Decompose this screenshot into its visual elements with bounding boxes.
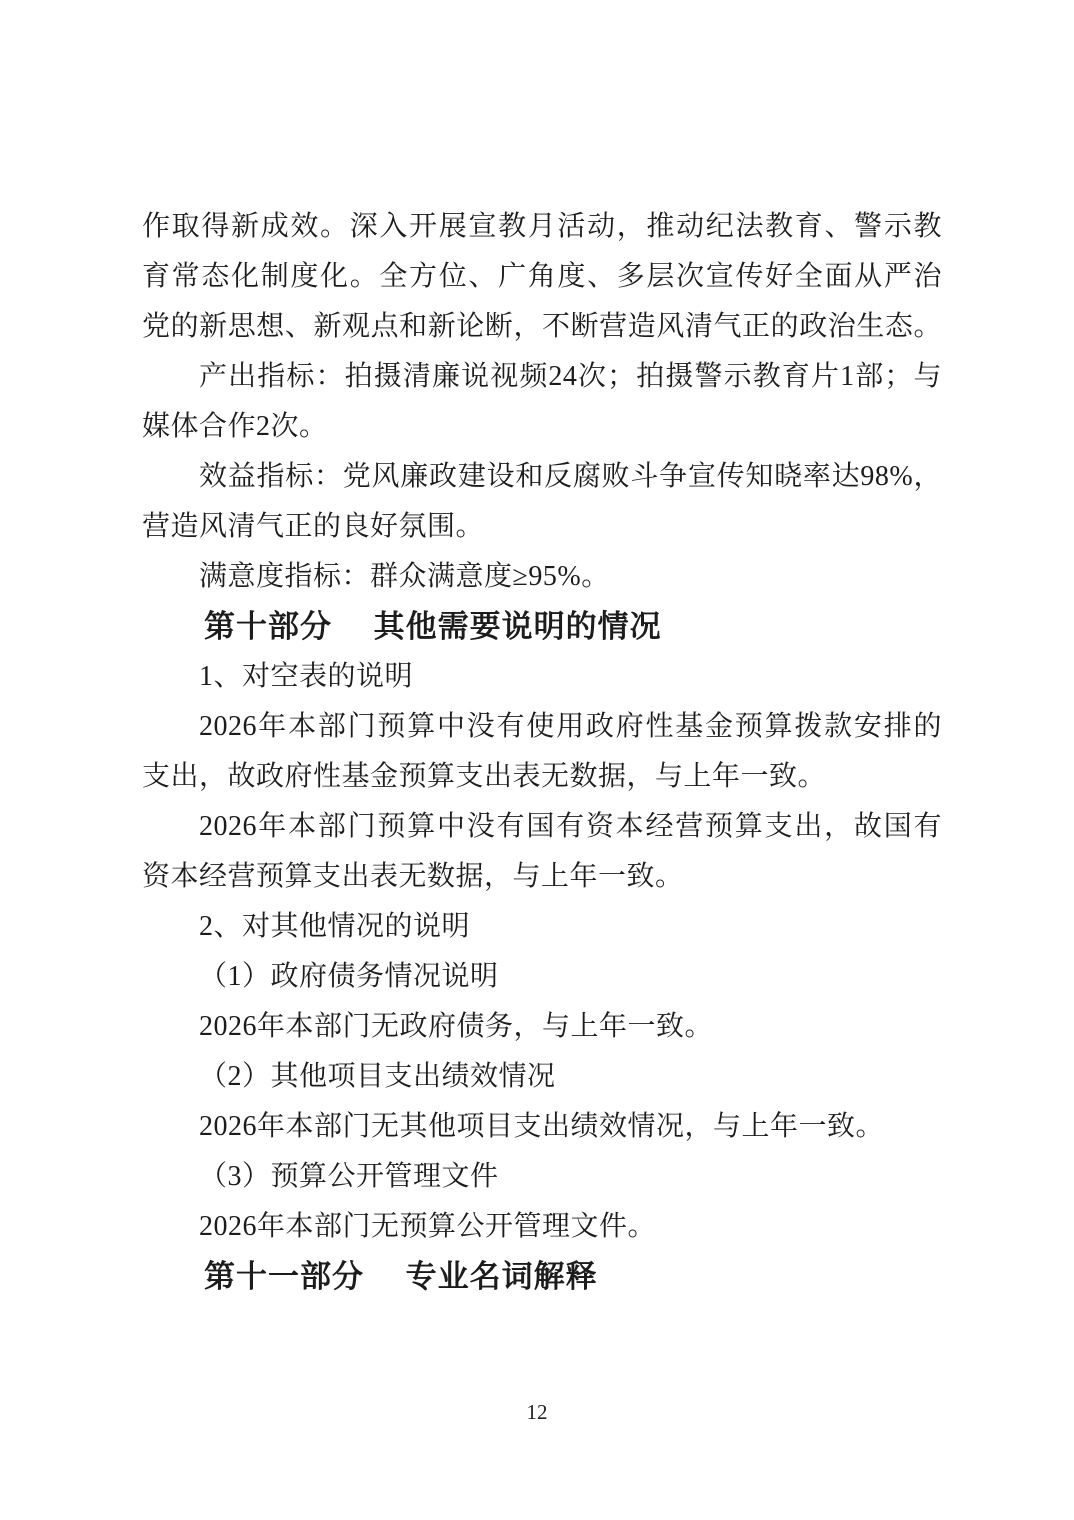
text-line: 2026年本部门预算中没有国有资本经营预算支出，故国有 [142,802,942,852]
document-page: 作取得新成效。深入开展宣教月活动，推动纪法教育、警示教 育常态化制度化。全方位、… [0,0,1074,1520]
page-number: 12 [0,1400,1074,1425]
section-heading-part-ten: 第十部分 其他需要说明的情况 [142,602,942,652]
document-body: 作取得新成效。深入开展宣教月活动，推动纪法教育、警示教 育常态化制度化。全方位、… [142,202,942,1302]
text-line: 支出，故政府性基金预算支出表无数据，与上年一致。 [142,752,942,802]
text-line: 2026年本部门预算中没有使用政府性基金预算拨款安排的 [142,702,942,752]
text-line-item-1: 1、对空表的说明 [142,652,942,702]
text-line: 作取得新成效。深入开展宣教月活动，推动纪法教育、警示教 [142,202,942,252]
text-line-benefit-indicator: 效益指标：党风廉政建设和反腐败斗争宣传知晓率达98%， [142,452,942,502]
text-line-subitem-3: （3）预算公开管理文件 [142,1152,942,1202]
text-line: 2026年本部门无政府债务，与上年一致。 [142,1002,942,1052]
text-line-output-indicator: 产出指标：拍摄清廉说视频24次；拍摄警示教育片1部；与 [142,352,942,402]
text-line-satisfaction: 满意度指标：群众满意度≥95%。 [142,552,942,602]
text-line: 2026年本部门无预算公开管理文件。 [142,1202,942,1252]
text-line: 媒体合作2次。 [142,402,942,452]
text-line: 资本经营预算支出表无数据，与上年一致。 [142,852,942,902]
text-line-item-2: 2、对其他情况的说明 [142,902,942,952]
text-line-subitem-2: （2）其他项目支出绩效情况 [142,1052,942,1102]
text-line: 营造风清气正的良好氛围。 [142,502,942,552]
text-line: 党的新思想、新观点和新论断，不断营造风清气正的政治生态。 [142,302,942,352]
section-heading-part-eleven: 第十一部分 专业名词解释 [142,1252,942,1302]
text-line: 2026年本部门无其他项目支出绩效情况，与上年一致。 [142,1102,942,1152]
text-line-subitem-1: （1）政府债务情况说明 [142,952,942,1002]
text-line: 育常态化制度化。全方位、广角度、多层次宣传好全面从严治 [142,252,942,302]
